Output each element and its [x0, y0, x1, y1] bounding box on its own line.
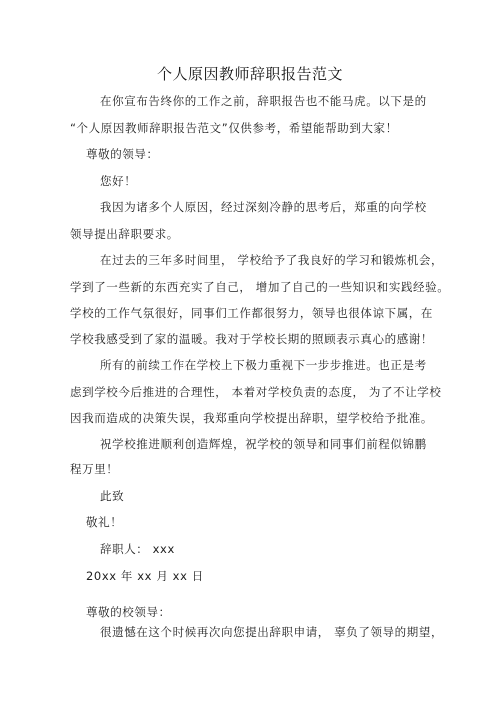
second-salutation: 尊敬的校领导：	[86, 604, 171, 620]
closing-regards: 敬礼！	[86, 514, 122, 530]
intro-line-1: 在你宣布告终你的工作之前，辞职报告也不能马虎。以下是的	[100, 93, 427, 109]
body-line: 领导提出辞职要求。	[70, 226, 179, 242]
body-line: 学到了一些新的东西充实了自己， 增加了自己的一些知识和实践经验。	[70, 279, 449, 295]
body-line: 因我而造成的决策失误，我郑重向学校提出辞职，望学校给予批准。	[70, 410, 433, 426]
signature: 辞职人： xxx	[100, 541, 175, 557]
greeting: 您好！	[100, 173, 136, 189]
salutation: 尊敬的领导：	[86, 146, 159, 162]
intro-line-2: “个人原因教师辞职报告范文”仅供参考，希望能帮助到大家！	[70, 120, 398, 136]
body-line: 虑到学校今后推进的合理性， 本着对学校负责的态度， 为了不让学校	[70, 384, 442, 400]
date-line: 20xx 年 xx 月 xx 日	[86, 568, 204, 584]
second-body-line: 很遗憾在这个时候再次向您提出辞职申请， 辜负了领导的期望，	[100, 624, 443, 640]
closing-line: 此致	[100, 488, 124, 504]
body-line: 祝学校推进顺利创造辉煌，祝学校的领导和同事们前程似锦鹏	[100, 436, 427, 452]
body-line: 我因为诸多个人原因，经过深刻冷静的思考后，郑重的向学校	[100, 199, 427, 215]
body-line: 在过去的三年多时间里， 学校给予了我良好的学习和锻炼机会，	[100, 252, 443, 268]
body-line: 学校的工作气氛很好，同事们工作都很努力，领导也很体谅下属，在	[70, 305, 433, 321]
body-line: 所有的前续工作在学校上下极力重视下一步步推进。也正是考	[100, 357, 427, 373]
document-title: 个人原因教师辞职报告范文	[0, 63, 500, 84]
body-line: 学校我感受到了家的温暖。我对于学校长期的照顾表示真心的感谢！	[70, 331, 433, 347]
document-page: 个人原因教师辞职报告范文 在你宣布告终你的工作之前，辞职报告也不能马虎。以下是的…	[0, 0, 500, 708]
body-line: 程万里！	[70, 461, 118, 477]
